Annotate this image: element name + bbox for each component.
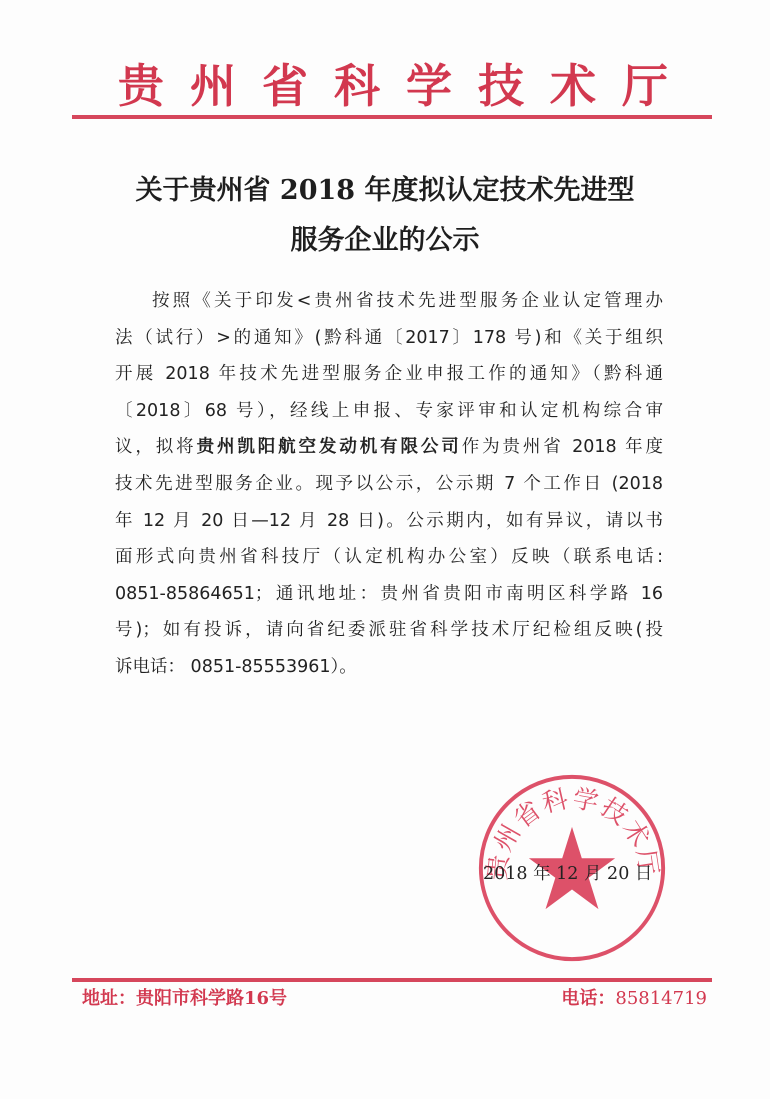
body-line: 号)；如有投诉，请向省纪委派驻省科学技术厅纪检组反映(投 — [115, 612, 663, 649]
body-line-company: 议，拟将贵州凯阳航空发动机有限公司作为贵州省 2018 年度 — [115, 429, 663, 466]
footer-address: 地址：贵阳市科学路16号 — [82, 986, 287, 1012]
letterhead-rule — [72, 115, 712, 119]
company-name: 贵州凯阳航空发动机有限公司 — [197, 437, 462, 457]
body-text-segment: 议，拟将 — [115, 437, 197, 457]
body-line: 法（试行）>的通知》(黔科通〔2017〕178 号)和《关于组织 — [115, 320, 663, 357]
letterhead-char: 科 — [334, 60, 380, 112]
letterhead-char: 贵 — [118, 60, 164, 112]
signature-date: 2018 年 12 月 20 日 — [483, 860, 652, 885]
body-line: 诉电话： 0851-85553961）。 — [115, 649, 663, 686]
letterhead-char: 学 — [406, 60, 452, 112]
letterhead-char: 技 — [478, 60, 524, 112]
body-text-segment: 作为贵州省 2018 年度 — [462, 437, 663, 457]
body-line: 按照《关于印发<贵州省技术先进型服务企业认定管理办 — [115, 283, 663, 320]
letterhead-char: 州 — [190, 60, 236, 112]
body-line: 面形式向贵州省科技厅（认定机构办公室）反映（联系电话: — [115, 539, 663, 576]
letterhead-char: 厅 — [622, 60, 668, 112]
document-title-line-2: 服务企业的公示 — [0, 226, 770, 256]
letterhead-org-name: 贵 州 省 科 学 技 术 厅 — [118, 60, 668, 112]
letterhead-char: 术 — [550, 60, 596, 112]
body-line: 开展 2018 年技术先进型服务企业申报工作的通知》（黔科通 — [115, 356, 663, 393]
footer-rule — [72, 978, 712, 982]
footer-phone: 电话：85814719 — [561, 986, 707, 1012]
body-line: 〔2018〕68 号），经线上申报、专家评审和认定机构综合审 — [115, 393, 663, 430]
notice-body: 按照《关于印发<贵州省技术先进型服务企业认定管理办 法（试行）>的通知》(黔科通… — [115, 283, 663, 686]
body-line: 年 12 月 20 日—12 月 28 日)。公示期内，如有异议，请以书 — [115, 503, 663, 540]
body-line: 0851-85864651；通讯地址：贵州省贵阳市南明区科学路 16 — [115, 576, 663, 613]
document-title-line-1: 关于贵州省 2018 年度拟认定技术先进型 — [0, 176, 770, 206]
footer-phone-number: 85814719 — [615, 988, 707, 1009]
letterhead-char: 省 — [262, 60, 308, 112]
footer-phone-label: 电话： — [561, 988, 615, 1009]
footer: 地址：贵阳市科学路16号 电话：85814719 — [82, 986, 707, 1012]
body-line: 技术先进型服务企业。现予以公示，公示期 7 个工作日 (2018 — [115, 466, 663, 503]
